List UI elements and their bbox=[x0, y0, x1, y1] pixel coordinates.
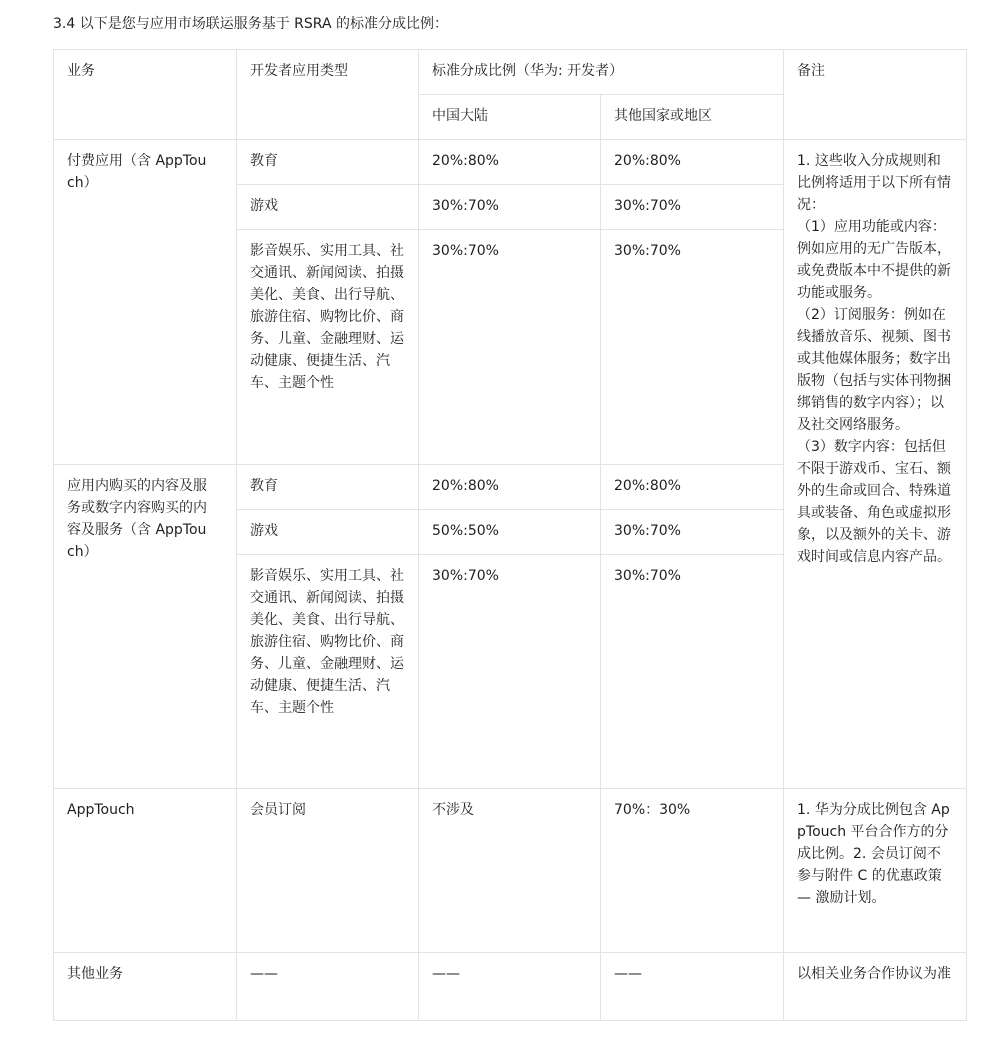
cell-app-type: 影音娱乐、实用工具、社交通讯、新闻阅读、拍摄美化、美食、出行导航、旅游住宿、购物… bbox=[237, 555, 419, 789]
cell-ratio-cn: —— bbox=[419, 953, 601, 1021]
cell-ratio-cn: 50%:50% bbox=[419, 510, 601, 555]
cell-ratio-cn: 20%:80% bbox=[419, 140, 601, 185]
header-business: 业务 bbox=[54, 50, 237, 140]
header-app-type: 开发者应用类型 bbox=[237, 50, 419, 140]
header-row-1: 业务 开发者应用类型 标准分成比例（华为: 开发者） 备注 bbox=[54, 50, 967, 95]
table-row: 其他业务 —— —— —— 以相关业务合作协议为准 bbox=[54, 953, 967, 1021]
cell-remarks: 1. 华为分成比例包含 AppTouch 平台合作方的分成比例。2. 会员订阅不… bbox=[784, 789, 967, 953]
cell-remarks: 1. 这些收入分成规则和比例将适用于以下所有情况： （1）应用功能或内容：例如应… bbox=[784, 140, 967, 789]
cell-business: AppTouch bbox=[54, 789, 237, 953]
table-row: 付费应用（含 AppTouch） 教育 20%:80% 20%:80% 1. 这… bbox=[54, 140, 967, 185]
cell-app-type: 影音娱乐、实用工具、社交通讯、新闻阅读、拍摄美化、美食、出行导航、旅游住宿、购物… bbox=[237, 230, 419, 465]
cell-ratio-cn: 30%:70% bbox=[419, 555, 601, 789]
cell-ratio-other: 30%:70% bbox=[601, 510, 784, 555]
cell-app-type: 教育 bbox=[237, 140, 419, 185]
cell-app-type: 游戏 bbox=[237, 510, 419, 555]
cell-app-type: —— bbox=[237, 953, 419, 1021]
cell-remarks: 以相关业务合作协议为准 bbox=[784, 953, 967, 1021]
cell-ratio-cn: 30%:70% bbox=[419, 185, 601, 230]
header-ratio-cn: 中国大陆 bbox=[419, 95, 601, 140]
cell-app-type: 教育 bbox=[237, 465, 419, 510]
cell-ratio-other: 30%:70% bbox=[601, 230, 784, 465]
cell-ratio-cn: 30%:70% bbox=[419, 230, 601, 465]
cell-ratio-other: 30%:70% bbox=[601, 555, 784, 789]
section-intro: 3.4 以下是您与应用市场联运服务基于 RSRA 的标准分成比例： bbox=[53, 14, 448, 34]
cell-ratio-other: —— bbox=[601, 953, 784, 1021]
cell-ratio-cn: 不涉及 bbox=[419, 789, 601, 953]
cell-business: 其他业务 bbox=[54, 953, 237, 1021]
header-ratio: 标准分成比例（华为: 开发者） bbox=[419, 50, 784, 95]
cell-ratio-other: 20%:80% bbox=[601, 140, 784, 185]
revenue-share-table: 业务 开发者应用类型 标准分成比例（华为: 开发者） 备注 中国大陆 其他国家或… bbox=[53, 49, 967, 1021]
cell-ratio-other: 20%:80% bbox=[601, 465, 784, 510]
business-label: 付费应用（含 AppTouch） bbox=[67, 150, 213, 194]
cell-ratio-other: 70%：30% bbox=[601, 789, 784, 953]
cell-app-type: 会员订阅 bbox=[237, 789, 419, 953]
header-ratio-other: 其他国家或地区 bbox=[601, 95, 784, 140]
cell-app-type: 游戏 bbox=[237, 185, 419, 230]
header-remarks: 备注 bbox=[784, 50, 967, 140]
table-row: AppTouch 会员订阅 不涉及 70%：30% 1. 华为分成比例包含 Ap… bbox=[54, 789, 967, 953]
business-label: 应用内购买的内容及服务或数字内容购买的内容及服务（含 AppTouch） bbox=[67, 475, 213, 563]
cell-business: 应用内购买的内容及服务或数字内容购买的内容及服务（含 AppTouch） bbox=[54, 465, 237, 789]
cell-ratio-cn: 20%:80% bbox=[419, 465, 601, 510]
cell-ratio-other: 30%:70% bbox=[601, 185, 784, 230]
cell-business: 付费应用（含 AppTouch） bbox=[54, 140, 237, 465]
